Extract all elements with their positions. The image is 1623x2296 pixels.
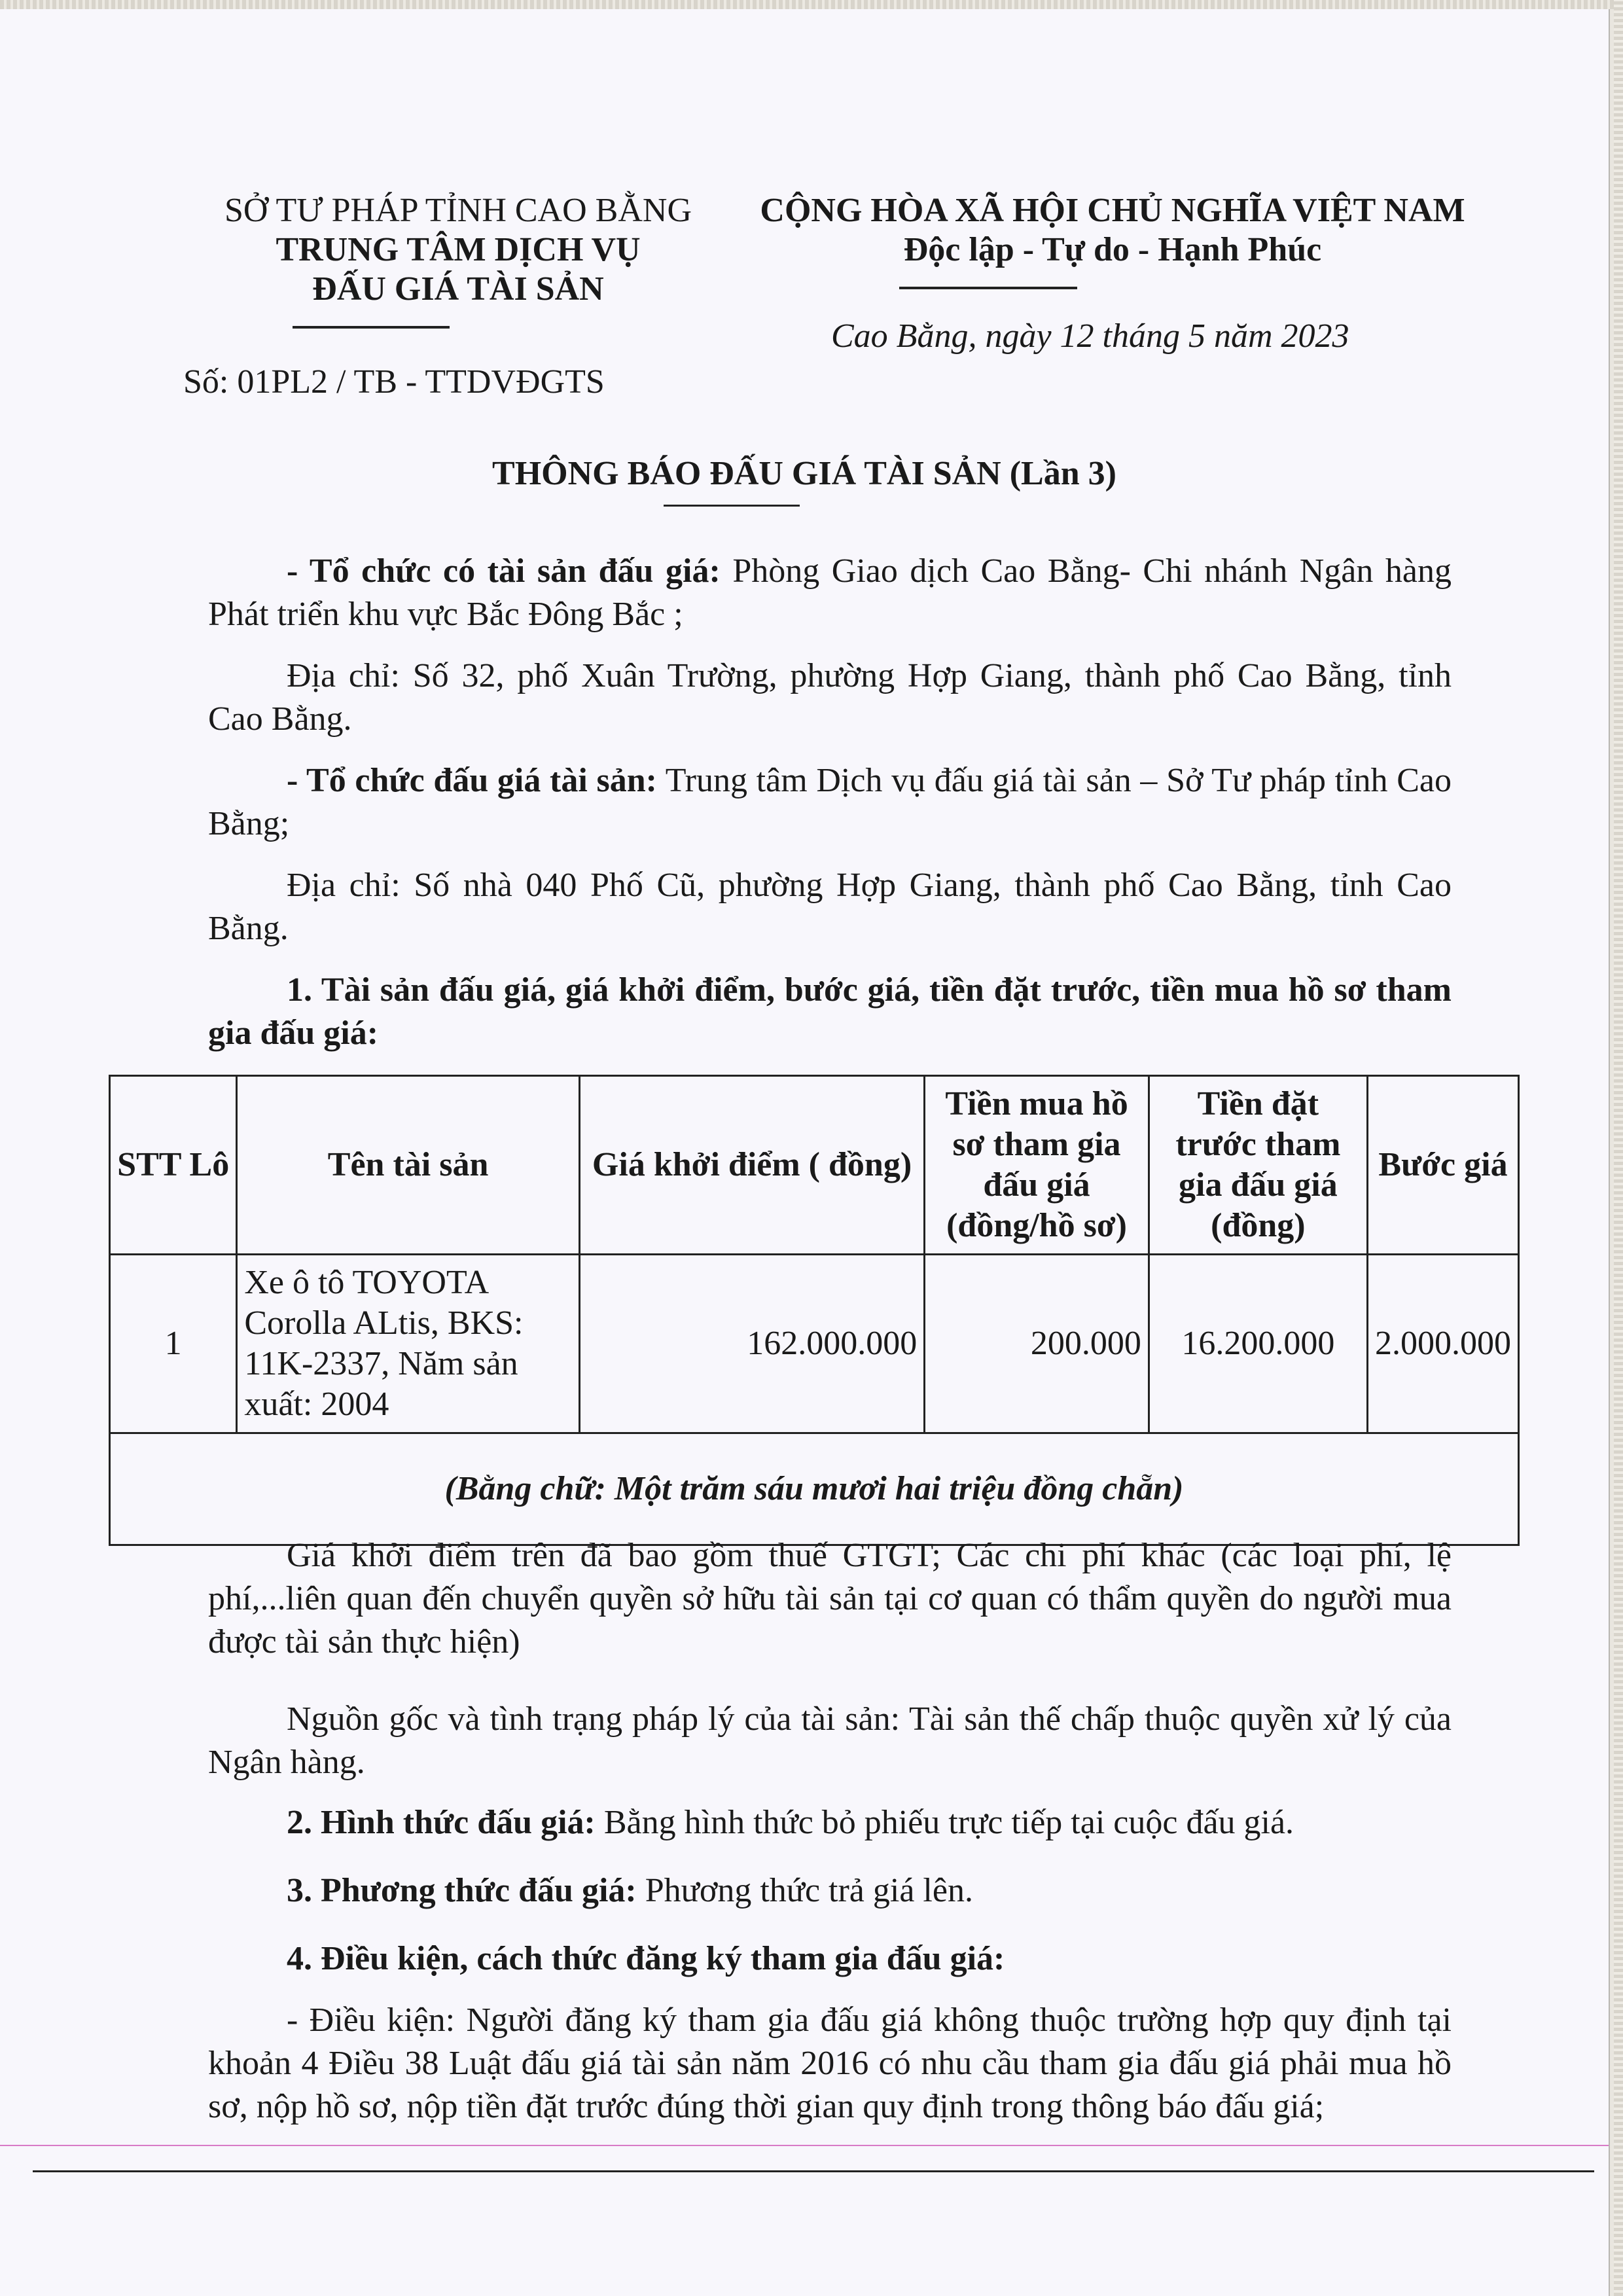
table-row: 1 Xe ô tô TOYOTA Corolla ALtis, BKS: 11K… [110, 1255, 1519, 1433]
auctioneer-label: - Tổ chức đấu giá tài sản: [287, 762, 657, 799]
title-underline [664, 505, 800, 507]
section3-value: Phương thức trả giá lên. [637, 1872, 973, 1909]
section3-label: 3. Phương thức đấu giá: [287, 1872, 637, 1909]
vat-note: Giá khởi điểm trên đã bao gồm thuế GTGT;… [208, 1534, 1452, 1664]
cell-dossier-fee: 200.000 [925, 1255, 1149, 1433]
center-name-line2: ĐẤU GIÁ TÀI SẢN [164, 270, 753, 309]
header-left: SỞ TƯ PHÁP TỈNH CAO BẰNG TRUNG TÂM DỊCH … [164, 191, 753, 309]
center-name-line1: TRUNG TÂM DỊCH VỤ [164, 230, 753, 270]
col-deposit: Tiền đặt trước tham gia đấu giá (đồng) [1149, 1076, 1367, 1255]
header-right: CỘNG HÒA XÃ HỘI CHỦ NGHĨA VIỆT NAM Độc l… [720, 191, 1505, 270]
vat-note-text: Giá khởi điểm trên đã bao gồm thuế GTGT;… [208, 1537, 1452, 1660]
auction-asset-table: STT Lô Tên tài sản Giá khởi điểm ( đồng)… [109, 1075, 1520, 1546]
section1-heading: 1. Tài sản đấu giá, giá khởi điểm, bước … [208, 969, 1452, 1055]
section1-heading-text: 1. Tài sản đấu giá, giá khởi điểm, bước … [208, 971, 1452, 1052]
header-left-underline [293, 326, 450, 329]
document-title: THÔNG BÁO ĐẤU GIÁ TÀI SẢN (Lần 3) [0, 454, 1609, 493]
section3: 3. Phương thức đấu giá: Phương thức trả … [208, 1869, 1452, 1912]
section2-label: 2. Hình thức đấu giá: [287, 1804, 596, 1841]
col-stt: STT Lô [110, 1076, 237, 1255]
asset-owner-label: - Tổ chức có tài sản đấu giá: [287, 552, 721, 590]
col-asset-name: Tên tài sản [237, 1076, 580, 1255]
table-amount-in-words-row: (Bằng chữ: Một trăm sáu mươi hai triệu đ… [110, 1433, 1519, 1545]
ministry-name: SỞ TƯ PHÁP TỈNH CAO BẰNG [164, 191, 753, 230]
asset-owner-address: Địa chỉ: Số 32, phố Xuân Trường, phường … [208, 655, 1452, 741]
national-title: CỘNG HÒA XÃ HỘI CHỦ NGHĨA VIỆT NAM [720, 191, 1505, 230]
auctioneer-paragraph: - Tổ chức đấu giá tài sản: Trung tâm Dịc… [208, 759, 1452, 846]
page-bottom-rule [33, 2170, 1594, 2172]
section4-heading-text: 4. Điều kiện, cách thức đăng ký tham gia… [287, 1940, 1005, 1977]
scan-artifact-line [0, 2145, 1609, 2146]
cell-bid-step: 2.000.000 [1367, 1255, 1518, 1433]
auctioneer-address-text: Địa chỉ: Số nhà 040 Phố Cũ, phường Hợp G… [208, 867, 1452, 947]
col-starting-price: Giá khởi điểm ( đồng) [579, 1076, 924, 1255]
cell-stt: 1 [110, 1255, 237, 1433]
cell-starting-price: 162.000.000 [579, 1255, 924, 1433]
section4-condition: - Điều kiện: Người đăng ký tham gia đấu … [208, 1999, 1452, 2128]
amount-in-words: (Bằng chữ: Một trăm sáu mươi hai triệu đ… [110, 1433, 1519, 1545]
section2-value: Bằng hình thức bỏ phiếu trực tiếp tại cu… [596, 1804, 1294, 1841]
auctioneer-address: Địa chỉ: Số nhà 040 Phố Cũ, phường Hợp G… [208, 864, 1452, 950]
scan-border-right [1614, 0, 1623, 2296]
cell-asset-name: Xe ô tô TOYOTA Corolla ALtis, BKS: 11K-2… [237, 1255, 580, 1433]
asset-owner-paragraph: - Tổ chức có tài sản đấu giá: Phòng Giao… [208, 550, 1452, 636]
document-date: Cao Bằng, ngày 12 tháng 5 năm 2023 [831, 317, 1349, 356]
national-motto: Độc lập - Tự do - Hạnh Phúc [720, 230, 1505, 270]
section4-heading: 4. Điều kiện, cách thức đăng ký tham gia… [208, 1937, 1452, 1981]
col-dossier-fee: Tiền mua hồ sơ tham gia đấu giá (đồng/hồ… [925, 1076, 1149, 1255]
origin-note-text: Nguồn gốc và tình trạng pháp lý của tài … [208, 1700, 1452, 1781]
table-header-row: STT Lô Tên tài sản Giá khởi điểm ( đồng)… [110, 1076, 1519, 1255]
scan-border-top [0, 0, 1623, 9]
origin-note: Nguồn gốc và tình trạng pháp lý của tài … [208, 1698, 1452, 1784]
asset-owner-address-text: Địa chỉ: Số 32, phố Xuân Trường, phường … [208, 657, 1452, 738]
section2: 2. Hình thức đấu giá: Bằng hình thức bỏ … [208, 1801, 1452, 1844]
cell-deposit: 16.200.000 [1149, 1255, 1367, 1433]
document-page: SỞ TƯ PHÁP TỈNH CAO BẰNG TRUNG TÂM DỊCH … [0, 9, 1610, 2296]
header-right-underline [899, 287, 1077, 289]
section4-condition-text: - Điều kiện: Người đăng ký tham gia đấu … [208, 2001, 1452, 2125]
document-number: Số: 01PL2 / TB - TTDVĐGTS [183, 363, 605, 402]
col-bid-step: Bước giá [1367, 1076, 1518, 1255]
